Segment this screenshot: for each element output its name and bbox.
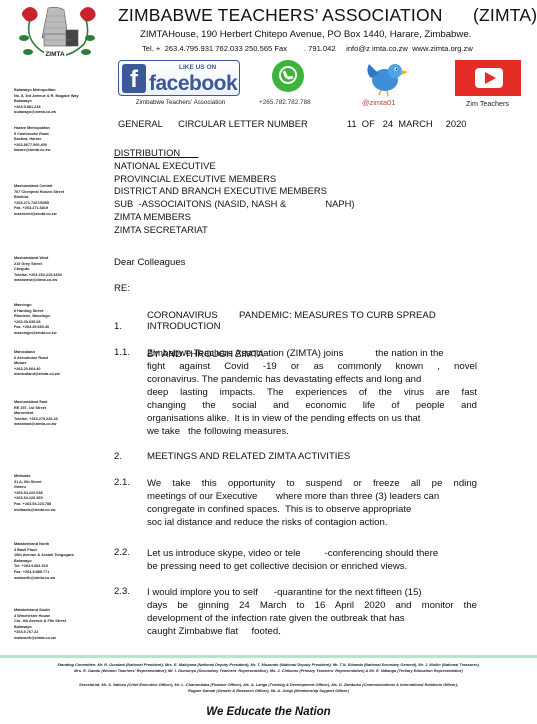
paragraph-line: fight against Covid -19 or as commonly k…: [147, 360, 477, 373]
office-line: Fax. +263.54.223.788: [14, 502, 55, 508]
paragraph-2-3: I would implore you to self -quarantine …: [147, 586, 477, 638]
facebook-icon: f: [122, 64, 146, 93]
paragraph-line: we take the following measures.: [147, 425, 477, 438]
distribution-item: ZIMTA MEMBERS: [114, 211, 355, 224]
secretariat: Secretariat: Mr. S. Ndlovu (Chief Execut…: [8, 682, 529, 694]
twitter-handle: @zimta01: [362, 98, 395, 107]
office-bulawayo: Bulawayo Metropolitan No. 8, 3rd Avenue …: [14, 88, 79, 116]
office-harare: Harare Metropolitan 9 Cambrooke Road Eas…: [14, 126, 50, 154]
facebook-caption: Zimbabwe Teachers' Association: [118, 99, 243, 106]
paragraph-number: 2.3.: [114, 586, 130, 597]
svg-text:ZIMTA: ZIMTA: [45, 51, 65, 58]
office-email[interactable]: manicaland@zimta.co.zw: [14, 372, 60, 378]
twitter-bird-icon[interactable]: [365, 60, 409, 96]
office-masvingo: Masvingo 6 Harding Street Rhodene, Masvi…: [14, 303, 57, 337]
distribution-item: ZIMTA SECRETARIAT: [114, 224, 355, 237]
organization-address: ZIMTAHouse, 190 Herbert Chitepo Avenue, …: [140, 29, 471, 40]
distribution-item: DISTRICT AND BRANCH EXECUTIVE MEMBERS: [114, 185, 355, 198]
office-email[interactable]: harare@zimta.co.zw: [14, 148, 50, 154]
paragraph-line: be pressing need to get collective decis…: [147, 560, 477, 573]
office-name: Harare Metropolitan: [14, 126, 50, 132]
paragraph-number: 1.1.: [114, 347, 130, 358]
office-email[interactable]: matnorth@zimta.co.zw: [14, 576, 74, 582]
subject-label: RE:: [114, 283, 130, 294]
organization-title: ZIMBABWE TEACHERS’ ASSOCIATION (ZIMTA): [118, 5, 537, 26]
paragraph-2-2: Let us introduce skype, video or tele -c…: [147, 547, 477, 573]
whatsapp-number: +265.782.782.788: [259, 99, 311, 106]
distribution-list: DISTRIBUTION NATIONAL EXECUTIVE PROVINCI…: [114, 147, 355, 237]
youtube-channel: Zim Teachers: [466, 99, 509, 108]
office-mashonaland-west: Mashonaland West 219 Grey Street Chegutu…: [14, 256, 62, 284]
distribution-heading: DISTRIBUTION: [114, 147, 355, 160]
motto: We Educate the Nation: [0, 706, 537, 718]
office-midlands: Midlands 31 A, 6th Street Gweru +263.54.…: [14, 474, 55, 513]
office-matabeleland-north: Matabeleland North 4 Basil Place 10th Av…: [14, 542, 74, 581]
zimta-logo: ZIMTA: [14, 4, 100, 64]
paragraph-line: changing the social and economic life of…: [147, 399, 477, 412]
office-mashonaland-east: Mashonaland East RE 257, 1st Street Maro…: [14, 400, 58, 428]
section-title-meetings: MEETINGS AND RELATED ZIMTA ACTIVITIES: [147, 451, 350, 462]
office-email[interactable]: midlands@zimta.co.zw: [14, 508, 55, 514]
distribution-item: NATIONAL EXECUTIVE: [114, 160, 355, 173]
paragraph-line: congregate in confined spaces. This is t…: [147, 503, 477, 516]
paragraph-2-1: We take this opportunity to suspend or f…: [147, 477, 477, 529]
office-manicaland: Manicaland 6 Aerodrome Road Mutare +263.…: [14, 350, 60, 378]
office-email[interactable]: masheast@zimta.co.zw: [14, 422, 58, 428]
distribution-item: SUB -ASSOCIAITONS (NASID, NASH & NAPH): [114, 198, 355, 211]
paragraph-line: We take this opportunity to suspend or f…: [147, 477, 477, 490]
salutation: Dear Colleagues: [114, 257, 185, 268]
whatsapp-icon[interactable]: [272, 60, 304, 92]
facebook-wordmark: facebook: [149, 72, 237, 96]
paragraph-line: organisations alike. It is in view of th…: [147, 412, 477, 425]
office-email[interactable]: mashcent@zimta.co.zw: [14, 212, 64, 218]
paragraph-line: Let us introduce skype, video or tele -c…: [147, 547, 477, 560]
office-line: Cnr. 4th Avenue & Fife Street: [14, 619, 66, 625]
section-number: 1.: [114, 321, 122, 332]
office-line: 10th Avenue & Josiah Tongogara: [14, 553, 74, 559]
office-email[interactable]: mashwest@zimta.co.zw: [14, 278, 62, 284]
office-matabeleland-south: Matabeleland South 4 Winchester House Cn…: [14, 608, 66, 642]
youtube-icon[interactable]: [455, 60, 521, 96]
paragraph-line: days be ginning 24 March to 16 April 202…: [147, 599, 477, 612]
office-email[interactable]: matsouth@zimta.co.zw: [14, 636, 66, 642]
office-email[interactable]: masvingo@zimta.co.zw: [14, 331, 57, 337]
paragraph-1-1: Zimbabwe Teachers Association (ZIMTA) jo…: [147, 347, 477, 438]
facebook-like-text: LIKE US ON: [179, 64, 216, 71]
paragraph-line: meetings of our Executive where more tha…: [147, 490, 477, 503]
paragraph-line: I would implore you to self -quarantine …: [147, 586, 477, 599]
office-email[interactable]: bulawayo@zimta.co.zw: [14, 110, 79, 116]
committee-line: Mrs. E. Gandu (Women Teachers' Represent…: [8, 668, 529, 674]
office-mashonaland-central: Mashonaland Central 767 Chenjerai Hunzvi…: [14, 184, 64, 218]
section-number: 2.: [114, 451, 122, 462]
organization-contact: Tel. + 263.4.795.931 762.033 250.565 Fax…: [142, 44, 473, 53]
paragraph-line: soc ial distance and reduce the risks of…: [147, 516, 477, 529]
paragraph-line: development of the infection rate given …: [147, 612, 477, 625]
distribution-item: PROVINCIAL EXECUTIVE MEMBERS: [114, 173, 355, 186]
standing-committee: Standing Committee: Mr. R. Gundani (Nati…: [8, 662, 529, 674]
paragraph-number: 2.1.: [114, 477, 130, 488]
section-title-introduction: INTRODUCTION: [147, 321, 221, 332]
paragraph-line: coronavirus. The pandemic has devastatin…: [147, 373, 477, 386]
facebook-badge[interactable]: f LIKE US ON facebook: [118, 60, 240, 96]
circular-reference: GENERAL CIRCULAR LETTER NUMBER 11 OF 24 …: [118, 118, 467, 129]
paragraph-line: deep lasting impacts. The experiences of…: [147, 386, 477, 399]
paragraph-number: 2.2.: [114, 547, 130, 558]
play-icon: [485, 72, 496, 84]
secretariat-line: Rugare Samati (Gender & Research Officer…: [8, 688, 529, 694]
footer-divider: [0, 655, 537, 658]
paragraph-line: caught Zimbabwe flat footed.: [147, 625, 477, 638]
paragraph-line: Zimbabwe Teachers Association (ZIMTA) jo…: [147, 347, 477, 360]
